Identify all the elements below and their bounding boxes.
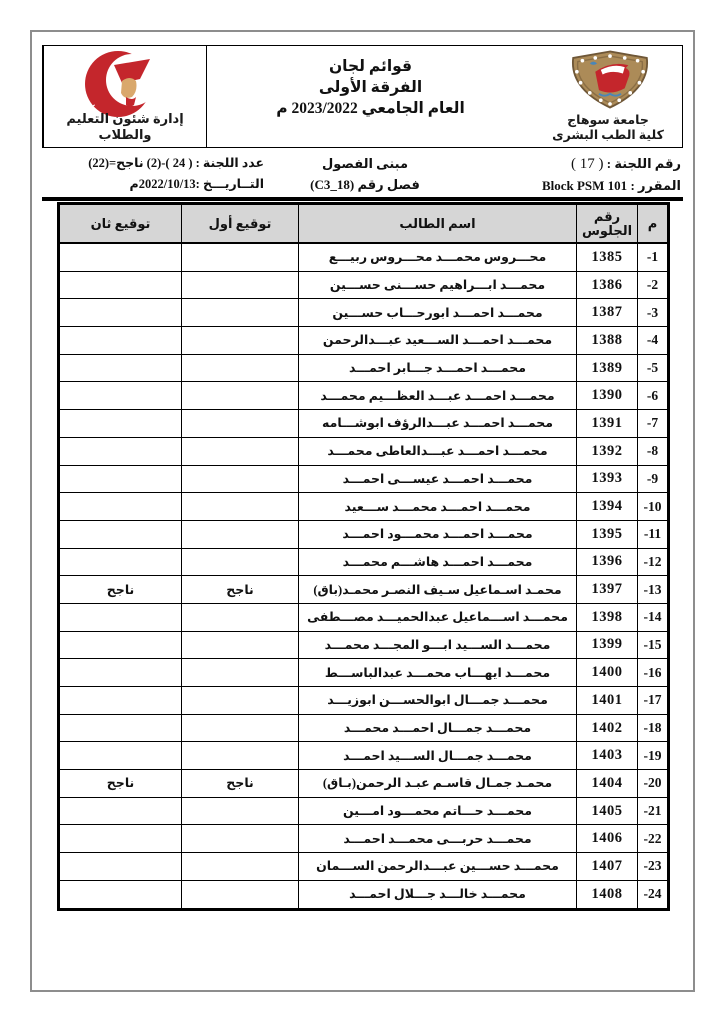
seat-number-cell: 1396 <box>577 548 638 576</box>
course-value: Block PSM 101 <box>542 178 627 193</box>
table-row: -22 1406 محمـــد حربـــى محمـــد احمـــد <box>59 825 669 853</box>
second-signature-cell <box>59 382 182 410</box>
student-name-cell: محمـــد جمـــال احمـــد محمـــد <box>299 714 577 742</box>
crescent-logo-text-top: جامعة سوهاج <box>52 61 81 94</box>
second-signature-cell <box>59 493 182 521</box>
second-signature-cell <box>59 687 182 715</box>
serial-cell: -17 <box>638 687 669 715</box>
first-signature-cell <box>182 299 299 327</box>
table-row: -2 1386 محمـــد ابـــراهيم حســـنى حســـ… <box>59 271 669 299</box>
second-signature-cell <box>59 797 182 825</box>
seat-number-cell: 1403 <box>577 742 638 770</box>
student-name-cell: محمـــد احمـــد هاشـــم محمـــد <box>299 548 577 576</box>
student-name-cell: محمـــد حـــاتم محمـــود امـــين <box>299 797 577 825</box>
table-row: -3 1387 محمـــد احمـــد ابورحـــاب حســـ… <box>59 299 669 327</box>
student-name-cell: محـــروس محمـــد محـــروس ربيـــع <box>299 243 577 271</box>
table-row: -1 1385 محـــروس محمـــد محـــروس ربيـــ… <box>59 243 669 271</box>
table-row: -13 1397 محمـد اسـماعيل سـيف النصـر محمـ… <box>59 576 669 604</box>
student-name-cell: محمـــد احمـــد عبـــد العظـــيم محمـــد <box>299 382 577 410</box>
second-signature-cell: ناجح <box>59 770 182 798</box>
table-row: -12 1396 محمـــد احمـــد هاشـــم محمـــد <box>59 548 669 576</box>
serial-cell: -1 <box>638 243 669 271</box>
university-shield-logo <box>564 49 656 111</box>
second-signature-cell <box>59 354 182 382</box>
serial-cell: -5 <box>638 354 669 382</box>
course-label: المقرر : <box>630 178 681 193</box>
serial-cell: -4 <box>638 327 669 355</box>
seat-number-cell: 1408 <box>577 880 638 909</box>
seat-number-cell: 1386 <box>577 271 638 299</box>
serial-cell: -24 <box>638 880 669 909</box>
seat-number-cell: 1407 <box>577 853 638 881</box>
first-signature-cell <box>182 880 299 909</box>
admin-caption: إدارة شئون التعليم والطلاب <box>44 111 206 143</box>
seat-number-cell: 1402 <box>577 714 638 742</box>
student-name-cell: محمـــد حســـين عبـــدالرحمن الســـمان <box>299 853 577 881</box>
second-signature-cell <box>59 520 182 548</box>
first-signature-cell <box>182 327 299 355</box>
second-signature-cell: ناجح <box>59 576 182 604</box>
student-name-cell: محمـــد جمـــال الســـيد احمـــد <box>299 742 577 770</box>
serial-cell: -2 <box>638 271 669 299</box>
table-row: -5 1389 محمـــد احمـــد جـــابر احمـــد <box>59 354 669 382</box>
second-signature-cell <box>59 631 182 659</box>
student-name-cell: محمـــد احمـــد الســـعيد عبـــدالرحمن <box>299 327 577 355</box>
col-header-serial: م <box>638 204 669 244</box>
table-row: -18 1402 محمـــد جمـــال احمـــد محمـــد <box>59 714 669 742</box>
first-signature-cell <box>182 853 299 881</box>
table-row: -6 1390 محمـــد احمـــد عبـــد العظـــيم… <box>59 382 669 410</box>
table-row: -16 1400 محمـــد ايهـــاب محمـــد عبدالب… <box>59 659 669 687</box>
header-cell-title: قوائم لجان الفرقة الأولى العام الجامعي 2… <box>206 46 534 147</box>
committee-count-line: عدد اللجنة : ( 24 )-(2) ناجح=(22) <box>58 153 264 174</box>
seat-number-cell: 1394 <box>577 493 638 521</box>
university-name: جامعة سوهاج <box>534 113 682 128</box>
first-signature-cell <box>182 520 299 548</box>
second-signature-cell <box>59 437 182 465</box>
serial-cell: -14 <box>638 603 669 631</box>
seat-number-cell: 1392 <box>577 437 638 465</box>
second-signature-cell <box>59 659 182 687</box>
second-signature-cell <box>59 327 182 355</box>
table-row: -19 1403 محمـــد جمـــال الســـيد احمـــ… <box>59 742 669 770</box>
student-name-cell: محمـــد احمـــد محمـــود احمـــد <box>299 520 577 548</box>
seat-number-cell: 1397 <box>577 576 638 604</box>
header-cell-admin: جامعة سوهاج كلية الطب إدارة شئون التعليم… <box>43 46 206 147</box>
table-row: -8 1392 محمـــد احمـــد عبـــدالعاطى محم… <box>59 437 669 465</box>
seat-number-cell: 1388 <box>577 327 638 355</box>
student-name-cell: محمـــد احمـــد جـــابر احمـــد <box>299 354 577 382</box>
second-signature-cell <box>59 603 182 631</box>
second-signature-cell <box>59 410 182 438</box>
second-signature-cell <box>59 465 182 493</box>
first-signature-cell <box>182 243 299 271</box>
serial-cell: -9 <box>638 465 669 493</box>
col-header-sig1: توقيع أول <box>182 204 299 244</box>
student-name-cell: محمـــد احمـــد محمـــد ســـعيد <box>299 493 577 521</box>
first-signature-cell <box>182 659 299 687</box>
first-signature-cell <box>182 493 299 521</box>
first-signature-cell <box>182 382 299 410</box>
header-table: جامعة سوهاج كلية الطب إدارة شئون التعليم… <box>42 45 683 148</box>
student-name-cell: محمـــد احمـــد عبـــدالعاطى محمـــد <box>299 437 577 465</box>
seat-number-cell: 1385 <box>577 243 638 271</box>
serial-cell: -7 <box>638 410 669 438</box>
student-roster-table: م رقم الجلوس اسم الطالب توقيع أول توقيع … <box>57 202 670 911</box>
col-header-sig2: توقيع ثان <box>59 204 182 244</box>
serial-cell: -12 <box>638 548 669 576</box>
header-separator-rule <box>42 197 683 201</box>
col-header-seat: رقم الجلوس <box>577 204 638 244</box>
first-signature-cell <box>182 631 299 659</box>
first-signature-cell <box>182 410 299 438</box>
first-signature-cell <box>182 742 299 770</box>
course-line: المقرر : Block PSM 101 <box>542 175 681 196</box>
exam-committee-sheet: { "header": { "admin_caption": "إدارة شئ… <box>0 0 725 1024</box>
student-name-cell: محمـــد اســـماعيل عبدالحميـــد مصـــطفى <box>299 603 577 631</box>
second-signature-cell <box>59 548 182 576</box>
seat-number-cell: 1405 <box>577 797 638 825</box>
seat-number-cell: 1398 <box>577 603 638 631</box>
student-name-cell: محمـــد حربـــى محمـــد احمـــد <box>299 825 577 853</box>
second-signature-cell <box>59 243 182 271</box>
table-row: -20 1404 محمـد جمـال قاسـم عبـد الرحمن(ب… <box>59 770 669 798</box>
table-row: -10 1394 محمـــد احمـــد محمـــد ســـعيد <box>59 493 669 521</box>
second-signature-cell <box>59 880 182 909</box>
serial-cell: -10 <box>638 493 669 521</box>
first-signature-cell <box>182 271 299 299</box>
header-cell-university: جامعة سوهاج كلية الطب البشرى <box>534 46 682 147</box>
serial-cell: -16 <box>638 659 669 687</box>
committee-number-value: ( 17 ) <box>571 156 604 172</box>
doc-title-line2: الفرقة الأولى <box>207 77 534 98</box>
committee-info-strip: رقم اللجنة : ( 17 ) المقرر : Block PSM 1… <box>42 153 683 197</box>
serial-cell: -13 <box>638 576 669 604</box>
first-signature-cell <box>182 714 299 742</box>
second-signature-cell <box>59 825 182 853</box>
serial-cell: -11 <box>638 520 669 548</box>
first-signature-cell <box>182 797 299 825</box>
faculty-name: كلية الطب البشرى <box>534 128 682 143</box>
first-signature-cell <box>182 437 299 465</box>
serial-cell: -18 <box>638 714 669 742</box>
seat-number-cell: 1391 <box>577 410 638 438</box>
seat-number-cell: 1401 <box>577 687 638 715</box>
table-row: -4 1388 محمـــد احمـــد الســـعيد عبـــد… <box>59 327 669 355</box>
first-signature-cell <box>182 354 299 382</box>
student-name-cell: محمـــد احمـــد عبـــدالرؤف ابوشـــامه <box>299 410 577 438</box>
student-name-cell: محمـــد جمـــال ابوالحســـن ابوزيـــد <box>299 687 577 715</box>
serial-cell: -8 <box>638 437 669 465</box>
student-name-cell: محمـــد احمـــد عيســـى احمـــد <box>299 465 577 493</box>
table-row: -24 1408 محمـــد خالـــد جـــلال احمـــد <box>59 880 669 909</box>
first-signature-cell <box>182 825 299 853</box>
student-name-cell: محمـــد ايهـــاب محمـــد عبدالباســـط <box>299 659 577 687</box>
serial-cell: -15 <box>638 631 669 659</box>
student-name-cell: محمـــد احمـــد ابورحـــاب حســـين <box>299 299 577 327</box>
first-signature-cell <box>182 548 299 576</box>
table-row: -14 1398 محمـــد اســـماعيل عبدالحميـــد… <box>59 603 669 631</box>
first-signature-cell: ناجح <box>182 576 299 604</box>
seat-number-cell: 1393 <box>577 465 638 493</box>
first-signature-cell <box>182 603 299 631</box>
col-header-name: اسم الطالب <box>299 204 577 244</box>
student-name-cell: محمـــد الســـيد ابـــو المجـــد محمـــد <box>299 631 577 659</box>
serial-cell: -6 <box>638 382 669 410</box>
serial-cell: -19 <box>638 742 669 770</box>
second-signature-cell <box>59 853 182 881</box>
table-row: -17 1401 محمـــد جمـــال ابوالحســـن ابو… <box>59 687 669 715</box>
table-row: -23 1407 محمـــد حســـين عبـــدالرحمن ال… <box>59 853 669 881</box>
serial-cell: -21 <box>638 797 669 825</box>
second-signature-cell <box>59 742 182 770</box>
serial-cell: -20 <box>638 770 669 798</box>
second-signature-cell <box>59 271 182 299</box>
student-name-cell: محمـد جمـال قاسـم عبـد الرحمن(بـاق) <box>299 770 577 798</box>
seat-number-cell: 1400 <box>577 659 638 687</box>
seat-number-cell: 1390 <box>577 382 638 410</box>
doc-title-line3: العام الجامعي 2023/2022 م <box>207 98 534 119</box>
table-row: -11 1395 محمـــد احمـــد محمـــود احمـــ… <box>59 520 669 548</box>
table-row: -21 1405 محمـــد حـــاتم محمـــود امـــي… <box>59 797 669 825</box>
first-signature-cell <box>182 465 299 493</box>
table-row: -7 1391 محمـــد احمـــد عبـــدالرؤف ابوش… <box>59 410 669 438</box>
student-name-cell: محمـد اسـماعيل سـيف النصـر محمـد(باق) <box>299 576 577 604</box>
first-signature-cell <box>182 687 299 715</box>
date-line: التــاريـــخ :2022/10/13م <box>58 174 264 195</box>
table-row: -9 1393 محمـــد احمـــد عيســـى احمـــد <box>59 465 669 493</box>
seat-number-cell: 1387 <box>577 299 638 327</box>
second-signature-cell <box>59 299 182 327</box>
student-name-cell: محمـــد ابـــراهيم حســـنى حســـين <box>299 271 577 299</box>
seat-number-cell: 1399 <box>577 631 638 659</box>
committee-number-label: رقم اللجنة : <box>607 156 681 171</box>
roster-header-row: م رقم الجلوس اسم الطالب توقيع أول توقيع … <box>59 204 669 244</box>
committee-number-line: رقم اللجنة : ( 17 ) <box>542 153 681 175</box>
doc-title-line1: قوائم لجان <box>207 56 534 77</box>
seat-number-cell: 1404 <box>577 770 638 798</box>
seat-number-cell: 1389 <box>577 354 638 382</box>
first-signature-cell: ناجح <box>182 770 299 798</box>
seat-number-cell: 1395 <box>577 520 638 548</box>
table-row: -15 1399 محمـــد الســـيد ابـــو المجـــ… <box>59 631 669 659</box>
serial-cell: -3 <box>638 299 669 327</box>
student-name-cell: محمـــد خالـــد جـــلال احمـــد <box>299 880 577 909</box>
serial-cell: -22 <box>638 825 669 853</box>
serial-cell: -23 <box>638 853 669 881</box>
second-signature-cell <box>59 714 182 742</box>
seat-number-cell: 1406 <box>577 825 638 853</box>
